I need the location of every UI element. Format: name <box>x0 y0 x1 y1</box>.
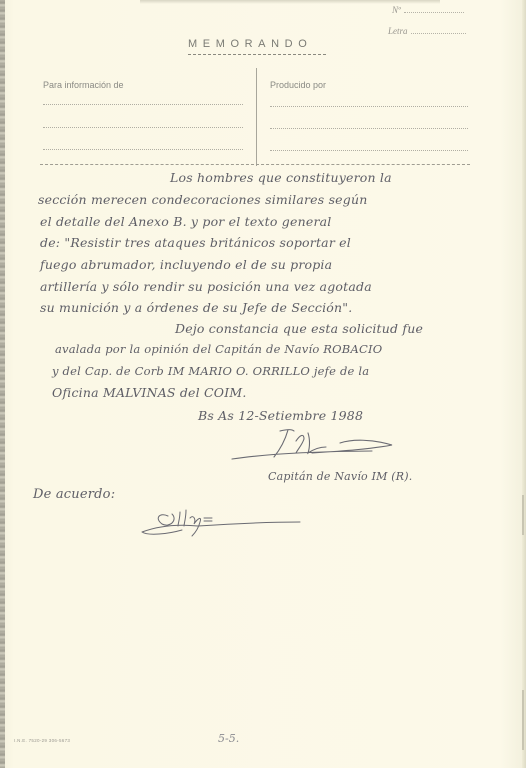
for-information-line-3 <box>43 149 243 150</box>
signature-captain <box>222 425 422 465</box>
for-information-label: Para información de <box>43 80 124 90</box>
title-underline <box>188 53 326 55</box>
approval-note: De acuerdo: <box>33 487 115 502</box>
for-information-line-1 <box>43 104 243 105</box>
letter-blank <box>411 32 466 34</box>
form-code: I.N.E. 7520-29 306-5673 <box>14 738 70 743</box>
signature-approval <box>138 502 308 538</box>
body-line: Dejo constancia que esta solicitud fue <box>175 321 423 336</box>
number-label: Nº <box>392 5 401 15</box>
binding-edge <box>0 0 5 768</box>
body-line: el detalle del Anexo B. y por el texto g… <box>40 214 331 229</box>
signatory-title: Capitán de Navío IM (R). <box>268 470 412 483</box>
number-field: Nº <box>392 5 464 15</box>
memo-page: Nº Letra MEMORANDO Para información de P… <box>0 0 526 768</box>
body-line: artillería y sólo rendir su posición una… <box>40 279 372 294</box>
edge-mark <box>522 495 524 535</box>
produced-by-line-1 <box>270 106 468 107</box>
letter-field: Letra <box>388 26 466 36</box>
document-title: MEMORANDO <box>188 38 312 50</box>
page-number: 5-5. <box>218 732 239 745</box>
body-line: y del Cap. de Corb IM MARIO O. ORRILLO j… <box>52 364 369 378</box>
body-line: fuego abrumador, incluyendo el de su pro… <box>40 257 332 272</box>
top-fold-shadow <box>140 0 440 4</box>
body-line: su munición y a órdenes de su Jefe de Se… <box>40 300 352 315</box>
place-date: Bs As 12-Setiembre 1988 <box>198 408 363 423</box>
body-line: avalada por la opinión del Capitán de Na… <box>55 342 382 356</box>
body-line: sección merecen condecoraciones similare… <box>38 192 368 207</box>
produced-by-line-2 <box>270 128 468 129</box>
number-blank <box>404 11 464 13</box>
form-divider <box>256 68 257 166</box>
produced-by-label: Producido por <box>270 80 326 90</box>
letter-label: Letra <box>388 26 408 36</box>
body-line: de: "Resistir tres ataques británicos so… <box>40 235 351 250</box>
body-line: Oficina MALVINAS del COIM. <box>52 385 247 400</box>
edge-mark <box>522 690 524 750</box>
for-information-line-2 <box>43 127 243 128</box>
body-line: Los hombres que constituyeron la <box>170 170 392 185</box>
produced-by-line-3 <box>270 150 468 151</box>
form-bottom-rule <box>40 164 470 165</box>
paper-right-edge <box>522 0 526 768</box>
